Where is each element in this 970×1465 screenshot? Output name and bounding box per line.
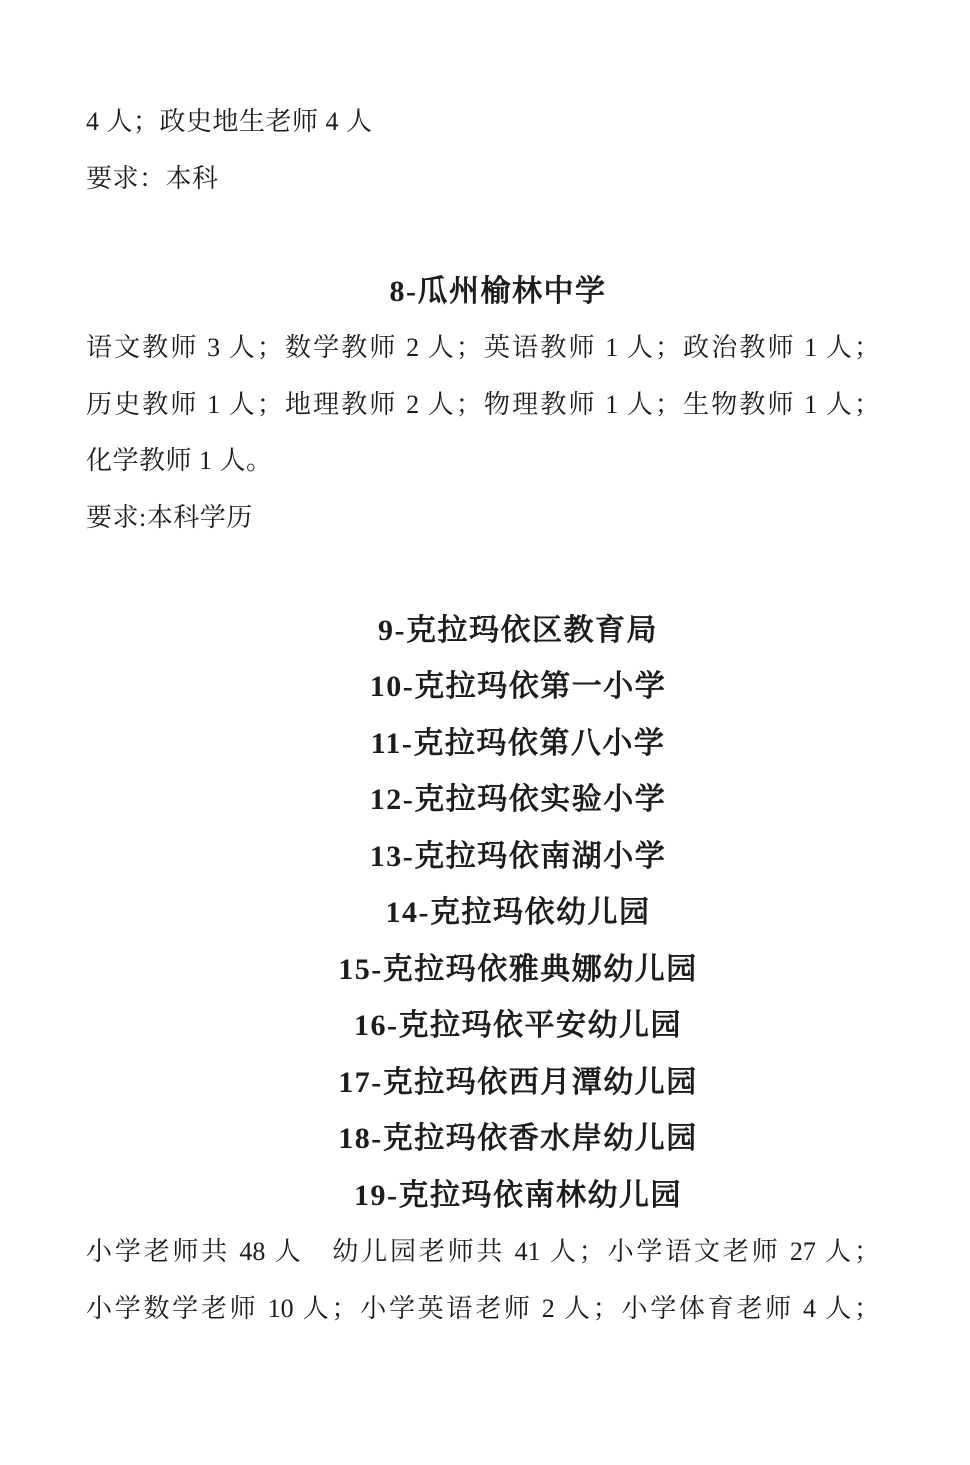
list-heading: 17-克拉玛依西月潭幼儿园 bbox=[86, 1055, 880, 1112]
list-heading: 15-克拉玛依雅典娜幼儿园 bbox=[86, 942, 880, 999]
text-line: 小学数学老师 10 人；小学英语老师 2 人；小学体育老师 4 人； bbox=[86, 1281, 880, 1338]
blank-line bbox=[86, 207, 880, 264]
text-line: 历史教师 1 人；地理教师 2 人；物理教师 1 人；生物教师 1 人； bbox=[86, 377, 880, 434]
text-line: 4 人；政史地生老师 4 人 bbox=[86, 94, 880, 151]
list-heading: 13-克拉玛依南湖小学 bbox=[86, 829, 880, 886]
blank-line bbox=[86, 546, 880, 603]
document-content: 4 人；政史地生老师 4 人要求：本科8-瓜州榆林中学语文教师 3 人；数学教师… bbox=[0, 0, 970, 1337]
list-heading: 14-克拉玛依幼儿园 bbox=[86, 885, 880, 942]
document-page: 4 人；政史地生老师 4 人要求：本科8-瓜州榆林中学语文教师 3 人；数学教师… bbox=[0, 0, 970, 1465]
list-heading: 16-克拉玛依平安幼儿园 bbox=[86, 998, 880, 1055]
text-line: 要求:本科学历 bbox=[86, 490, 880, 547]
list-heading: 9-克拉玛依区教育局 bbox=[86, 603, 880, 660]
list-heading: 19-克拉玛依南林幼儿园 bbox=[86, 1168, 880, 1225]
list-heading: 11-克拉玛依第八小学 bbox=[86, 716, 880, 773]
text-line: 小学老师共 48 人 幼儿园老师共 41 人；小学语文老师 27 人； bbox=[86, 1224, 880, 1281]
text-line: 要求：本科 bbox=[86, 151, 880, 208]
list-heading: 18-克拉玛依香水岸幼儿园 bbox=[86, 1111, 880, 1168]
text-line: 语文教师 3 人；数学教师 2 人；英语教师 1 人；政治教师 1 人； bbox=[86, 320, 880, 377]
list-heading: 10-克拉玛依第一小学 bbox=[86, 659, 880, 716]
list-heading: 12-克拉玛依实验小学 bbox=[86, 772, 880, 829]
text-line: 化学教师 1 人。 bbox=[86, 433, 880, 490]
section-heading: 8-瓜州榆林中学 bbox=[86, 264, 880, 321]
